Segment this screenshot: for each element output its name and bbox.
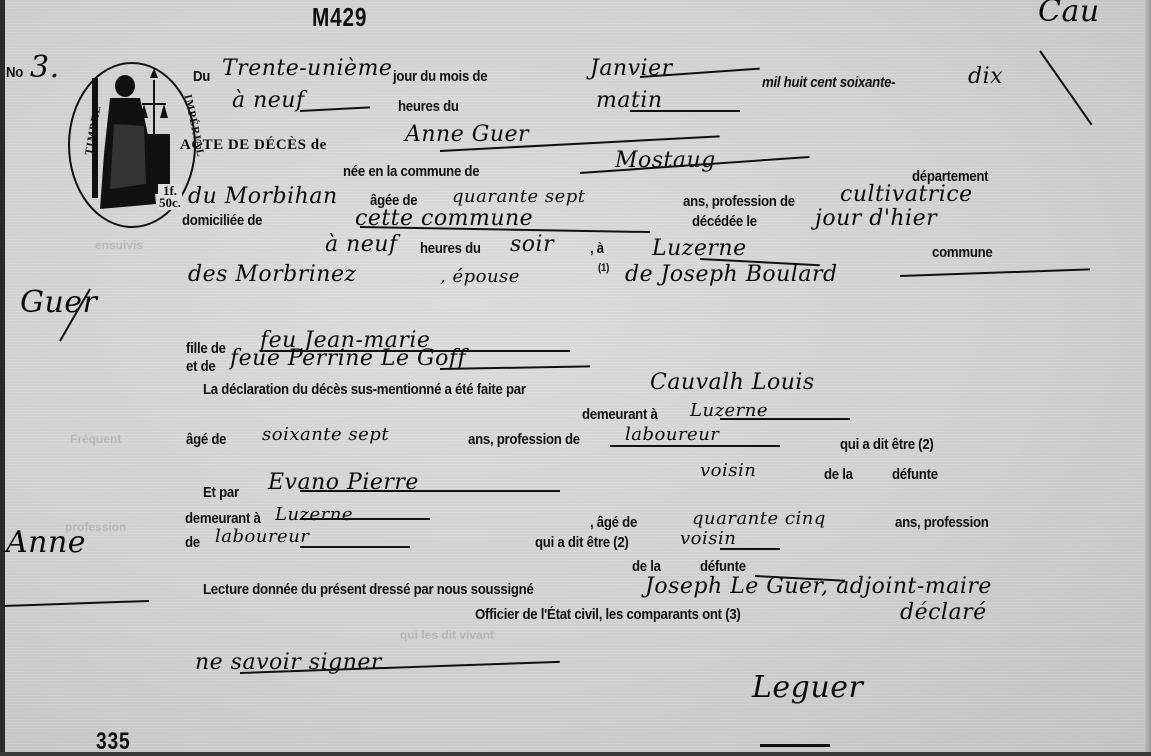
print-text: , âgé de [590, 514, 637, 531]
death-day: jour d'hier [815, 206, 937, 231]
death-record-page: ensuivis Fréquent profession qui les dit… [0, 0, 1151, 756]
print-text: défunte [700, 558, 746, 575]
mother-name: feue Perrine Le Goff [230, 346, 466, 371]
deceased-age: quarante sept [452, 186, 586, 207]
department: du Morbihan [188, 184, 338, 209]
ink-stroke [300, 546, 410, 548]
print-text: Du [193, 68, 210, 85]
print-text: commune [932, 244, 993, 261]
officer-signature: Leguer [752, 670, 863, 705]
death-hour: à neuf [325, 232, 398, 257]
declarant1-age: soixante sept [262, 424, 389, 445]
print-text: demeurant à [582, 406, 658, 423]
print-text: Lecture donnée du présent dressé par nou… [203, 581, 534, 598]
scan-right-edge [1145, 0, 1151, 756]
print-text: heures du [420, 240, 481, 257]
print-text: ans, profession de [683, 193, 795, 210]
print-text: de la [632, 558, 661, 575]
print-text: Officier de l'État civil, les comparants… [475, 606, 741, 623]
print-text: décédée le [692, 213, 757, 230]
footnote-marker: (1) [598, 262, 609, 274]
spouse-name: de Joseph Boulard [625, 262, 838, 287]
declarant2-profession: laboureur [215, 526, 309, 547]
declarant2-relation: voisin [680, 528, 736, 549]
ink-stroke [610, 445, 780, 447]
print-text: fille de [186, 340, 226, 357]
ink-stroke [720, 548, 780, 550]
page-number: 335 [96, 728, 130, 756]
declaration-verb: déclaré [900, 600, 987, 625]
officer-name: Joseph Le Guer, adjoint-maire [645, 574, 992, 599]
ink-stroke [720, 418, 850, 420]
deceased-name: Anne Guer [405, 122, 529, 147]
print-text: défunte [892, 466, 938, 483]
bleed-through-text: qui les dit vivant [400, 628, 494, 642]
hand-year: dix [968, 64, 1003, 89]
margin-given-name: Anne [6, 525, 86, 560]
deceased-profession: cultivatrice [840, 182, 973, 207]
print-text: heures du [398, 98, 459, 115]
spouse-label: , épouse [440, 266, 520, 287]
print-text: , à [590, 240, 604, 257]
print-text: qui a dit être (2) [535, 534, 629, 551]
register-code: M429 [312, 2, 367, 33]
declarant1-relation: voisin [700, 460, 756, 481]
print-text: et de [186, 358, 215, 375]
ink-stroke [300, 106, 370, 112]
print-text: qui a dit être (2) [840, 436, 934, 453]
imperial-tax-stamp: TIMBRE IMPÉRIAL 1f. 50c. [68, 62, 196, 228]
print-text: jour du mois de [393, 68, 487, 85]
ink-stroke [630, 110, 740, 112]
hand-day: Trente-unième [222, 56, 392, 81]
print-text: de la [824, 466, 853, 483]
ink-stroke [300, 490, 560, 492]
print-text: mil huit cent soixante- [762, 74, 895, 91]
death-commune: des Morbrinez [188, 262, 357, 287]
signature-underline [760, 744, 830, 747]
print-text: ans, profession de [468, 431, 580, 448]
ink-stroke [1039, 50, 1092, 125]
print-text: Et par [203, 484, 239, 501]
declarant2-age: quarante cinq [692, 508, 826, 529]
ink-stroke [900, 268, 1090, 277]
ink-stroke [300, 518, 430, 520]
print-text: domiciliée de [182, 212, 262, 229]
bleed-through-text: Fréquent [70, 432, 121, 446]
record-number: 3. [30, 50, 60, 85]
declarant1-profession: laboureur [625, 424, 719, 445]
scan-bottom-edge [0, 752, 1151, 756]
declarant2-residence: Luzerne [275, 504, 353, 525]
bleed-through-text: ensuivis [95, 238, 143, 252]
stamp-price: 1f. 50c. [158, 184, 182, 210]
hand-hour: à neuf [232, 88, 305, 113]
declarant1-name: Cauvalh Louis [650, 370, 815, 395]
margin-underline [4, 600, 149, 607]
death-time-of-day: soir [510, 232, 554, 257]
scan-left-edge [0, 0, 5, 756]
print-text: née en la commune de [343, 163, 479, 180]
act-title: ACTE DE DÉCÈS de [180, 137, 327, 154]
print-text: demeurant à [185, 510, 261, 527]
print-text: La déclaration du décès sus-mentionné a … [203, 381, 526, 398]
print-text: âgé de [186, 431, 226, 448]
hand-month: Janvier [590, 56, 673, 81]
record-number-label: No [6, 64, 23, 81]
stamp-price-cents: 50c. [159, 197, 181, 209]
print-text: ans, profession [895, 514, 989, 531]
top-right-annotation: Cau [1038, 0, 1100, 29]
print-text: de [185, 534, 200, 551]
margin-surname: Guer [20, 285, 97, 320]
